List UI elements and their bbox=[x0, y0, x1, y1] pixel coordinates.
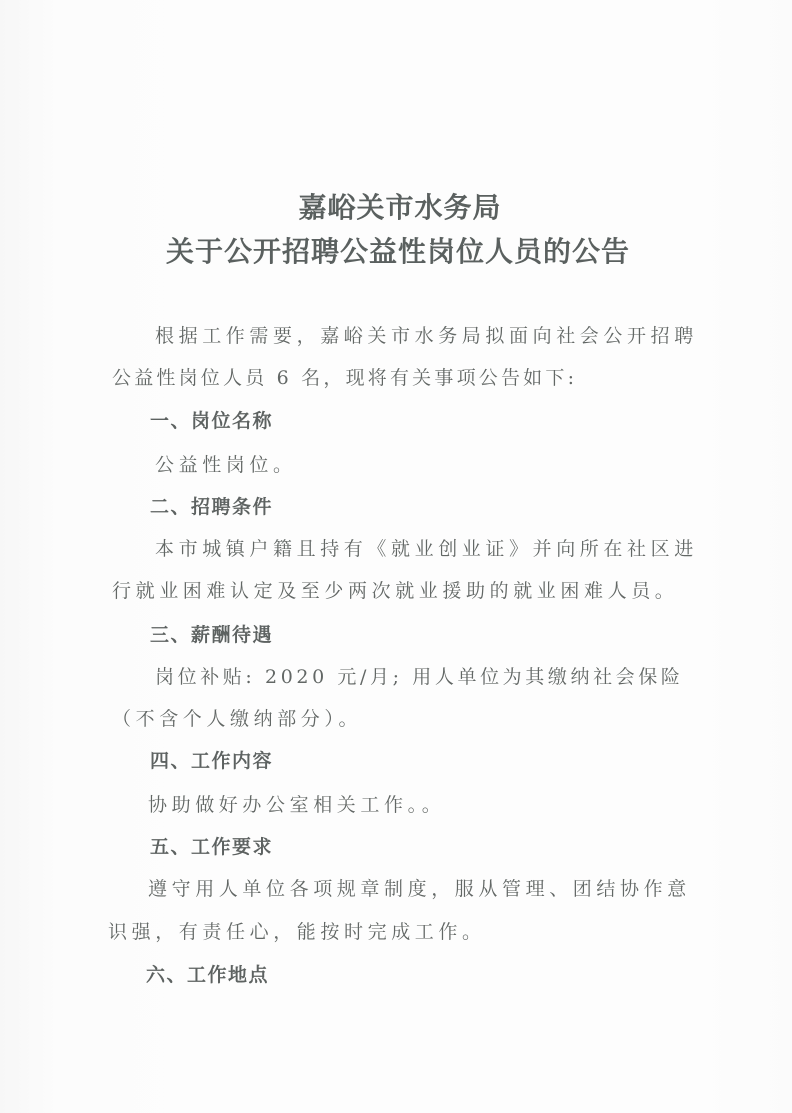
section-heading-5: 五、工作要求 bbox=[150, 832, 273, 862]
section-4-text: 协助做好办公室相关工作。。 bbox=[148, 790, 708, 820]
section-heading-1: 一、岗位名称 bbox=[150, 406, 273, 436]
section-3-text-line1: 岗位补贴: 2020 元/月; 用人单位为其缴纳社会保险 bbox=[155, 662, 715, 692]
section-1-text: 公益性岗位。 bbox=[155, 450, 715, 480]
section-heading-4: 四、工作内容 bbox=[150, 746, 273, 776]
document-title-line2: 关于公开招聘公益性岗位人员的公告 bbox=[2, 235, 792, 269]
section-2-text-line2: 行就业困难认定及至少两次就业援助的就业困难人员。 bbox=[112, 576, 672, 606]
section-5-text-line2: 识强，有责任心，能按时完成工作。 bbox=[108, 917, 668, 947]
section-5-text-line1: 遵守用人单位各项规章制度，服从管理、团结协作意 bbox=[148, 874, 708, 904]
document-title-line1: 嘉峪关市水务局 bbox=[4, 191, 792, 225]
section-heading-2: 二、招聘条件 bbox=[150, 492, 273, 522]
intro-paragraph-line2: 公益性岗位人员 6 名，现将有关事项公告如下: bbox=[112, 363, 672, 393]
section-heading-6: 六、工作地点 bbox=[146, 960, 269, 990]
intro-paragraph-line1: 根据工作需要，嘉峪关市水务局拟面向社会公开招聘 bbox=[155, 321, 715, 351]
section-heading-3: 三、薪酬待遇 bbox=[150, 620, 273, 650]
section-3-text-line2: （不含个人缴纳部分）。 bbox=[112, 704, 672, 734]
section-2-text-line1: 本市城镇户籍且持有《就业创业证》并向所在社区进 bbox=[155, 534, 715, 564]
document-page: 嘉峪关市水务局 关于公开招聘公益性岗位人员的公告 根据工作需要，嘉峪关市水务局拟… bbox=[0, 0, 792, 1113]
